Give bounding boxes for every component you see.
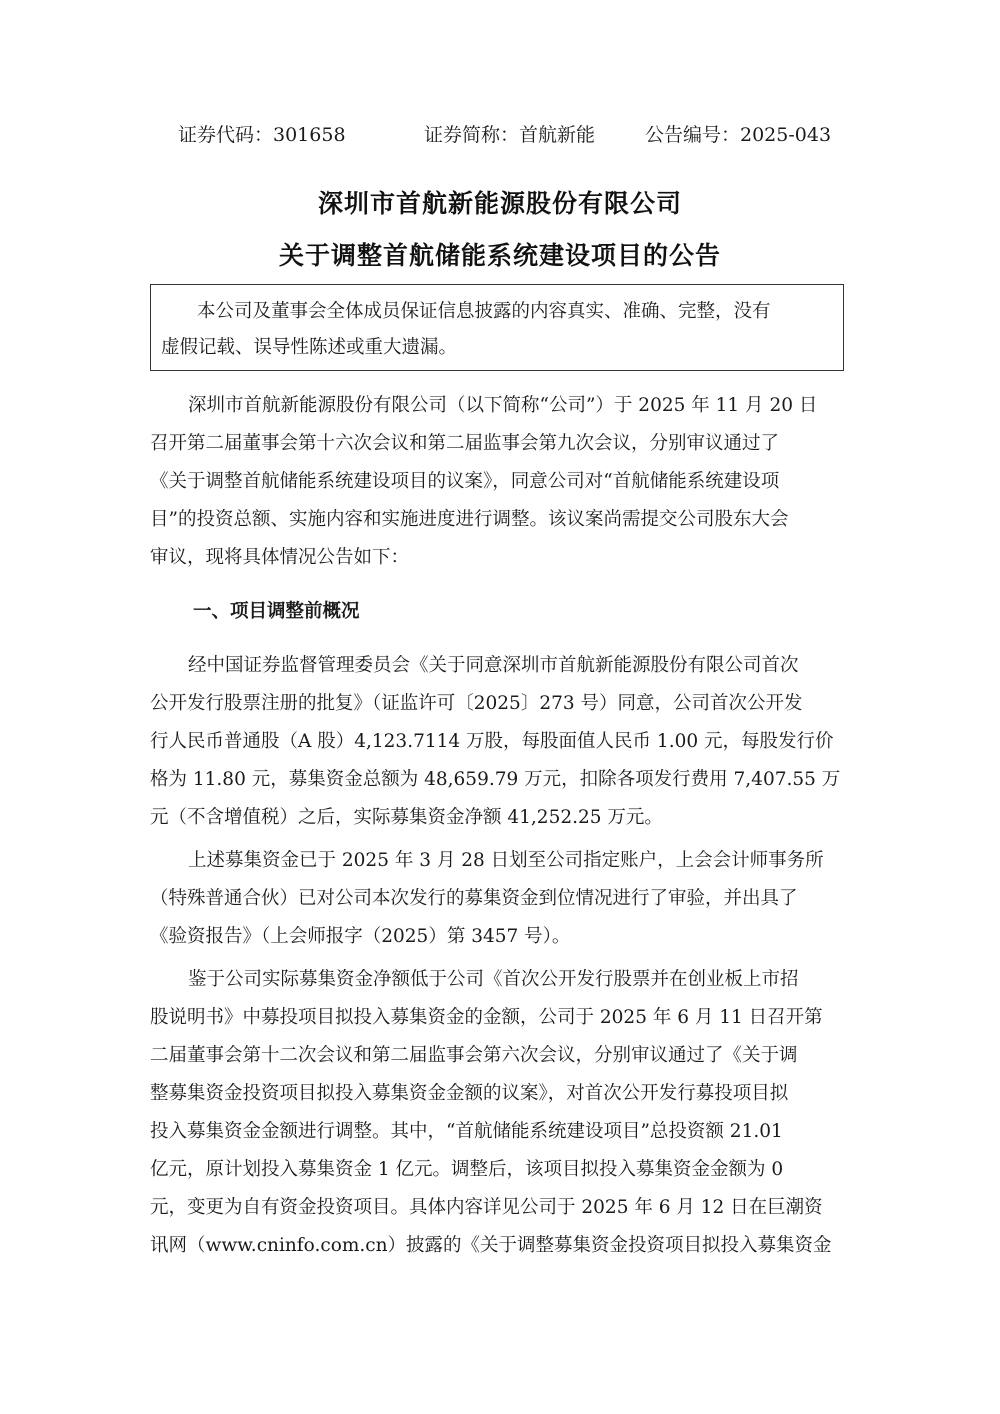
paragraph-line: 鉴于公司实际募集资金净额低于公司《首次公开发行股票并在创业板上市招 — [188, 965, 850, 995]
notice-line: 虚假记载、误导性陈述或重大遗漏。 — [161, 329, 835, 367]
intro-paragraph-line: 召开第二届董事会第十六次会议和第二届监事会第九次会议，分别审议通过了 — [150, 429, 850, 459]
paragraph-line: 行人民币普通股（A 股）4,123.7114 万股，每股面值人民币 1.00 元… — [150, 727, 850, 757]
paragraph-line: （特殊普通合伙）已对公司本次发行的募集资金到位情况进行了审验，并出具了 — [150, 884, 850, 914]
notice-line: 本公司及董事会全体成员保证信息披露的内容真实、准确、完整，没有 — [161, 293, 835, 331]
intro-paragraph-line: 审议，现将具体情况公告如下： — [150, 543, 850, 573]
paragraph-line: 讯网（www.cninfo.com.cn）披露的《关于调整募集资金投资项目拟投入… — [150, 1231, 850, 1261]
paragraph-line: 元，变更为自有资金投资项目。具体内容详见公司于 2025 年 6 月 12 日在… — [150, 1193, 850, 1223]
paragraph-line: 《验资报告》（上会师报字（2025）第 3457 号）。 — [150, 922, 850, 952]
paragraph-line: 投入募集资金金额进行调整。其中，“首航储能系统建设项目”总投资额 21.01 — [150, 1117, 850, 1147]
security-code: 证券代码：301658 — [178, 120, 346, 150]
intro-paragraph-line: 《关于调整首航储能系统建设项目的议案》，同意公司对“首航储能系统建设项 — [150, 467, 850, 497]
paragraph-line: 二届董事会第十二次会议和第二届监事会第六次会议，分别审议通过了《关于调 — [150, 1041, 850, 1071]
paragraph-line: 公开发行股票注册的批复》（证监许可〔2025〕273 号）同意，公司首次公开发 — [150, 689, 850, 719]
document-page: 证券代码：301658 证券简称：首航新能 公告编号：2025-043 深圳市首… — [0, 0, 1000, 1414]
paragraph-line: 经中国证券监督管理委员会《关于同意深圳市首航新能源股份有限公司首次 — [188, 651, 850, 681]
intro-paragraph-line: 深圳市首航新能源股份有限公司（以下简称“公司”）于 2025 年 11 月 20… — [188, 391, 850, 421]
disclosure-notice-box: 本公司及董事会全体成员保证信息披露的内容真实、准确、完整，没有 虚假记载、误导性… — [150, 284, 844, 371]
announcement-header: 证券代码：301658 证券简称：首航新能 公告编号：2025-043 — [178, 120, 838, 150]
paragraph-line: 整募集资金投资项目拟投入募集资金金额的议案》，对首次公开发行募投项目拟 — [150, 1079, 850, 1109]
announcement-title: 关于调整首航储能系统建设项目的公告 — [0, 236, 1000, 272]
paragraph-line: 元（不含增值税）之后，实际募集资金净额 41,252.25 万元。 — [150, 803, 850, 833]
announcement-number: 公告编号：2025-043 — [645, 120, 831, 150]
section-heading: 一、项目调整前概况 — [193, 597, 360, 627]
intro-paragraph-line: 目”的投资总额、实施内容和实施进度进行调整。该议案尚需提交公司股东大会 — [150, 505, 850, 535]
security-abbreviation: 证券简称：首航新能 — [424, 120, 595, 150]
paragraph-line: 股说明书》中募投项目拟投入募集资金的金额，公司于 2025 年 6 月 11 日… — [150, 1003, 850, 1033]
paragraph-line: 上述募集资金已于 2025 年 3 月 28 日划至公司指定账户，上会会计师事务… — [188, 846, 850, 876]
company-title: 深圳市首航新能源股份有限公司 — [0, 184, 1000, 220]
paragraph-line: 亿元，原计划投入募集资金 1 亿元。调整后，该项目拟投入募集资金金额为 0 — [150, 1155, 850, 1185]
paragraph-line: 格为 11.80 元，募集资金总额为 48,659.79 万元，扣除各项发行费用… — [150, 765, 850, 795]
